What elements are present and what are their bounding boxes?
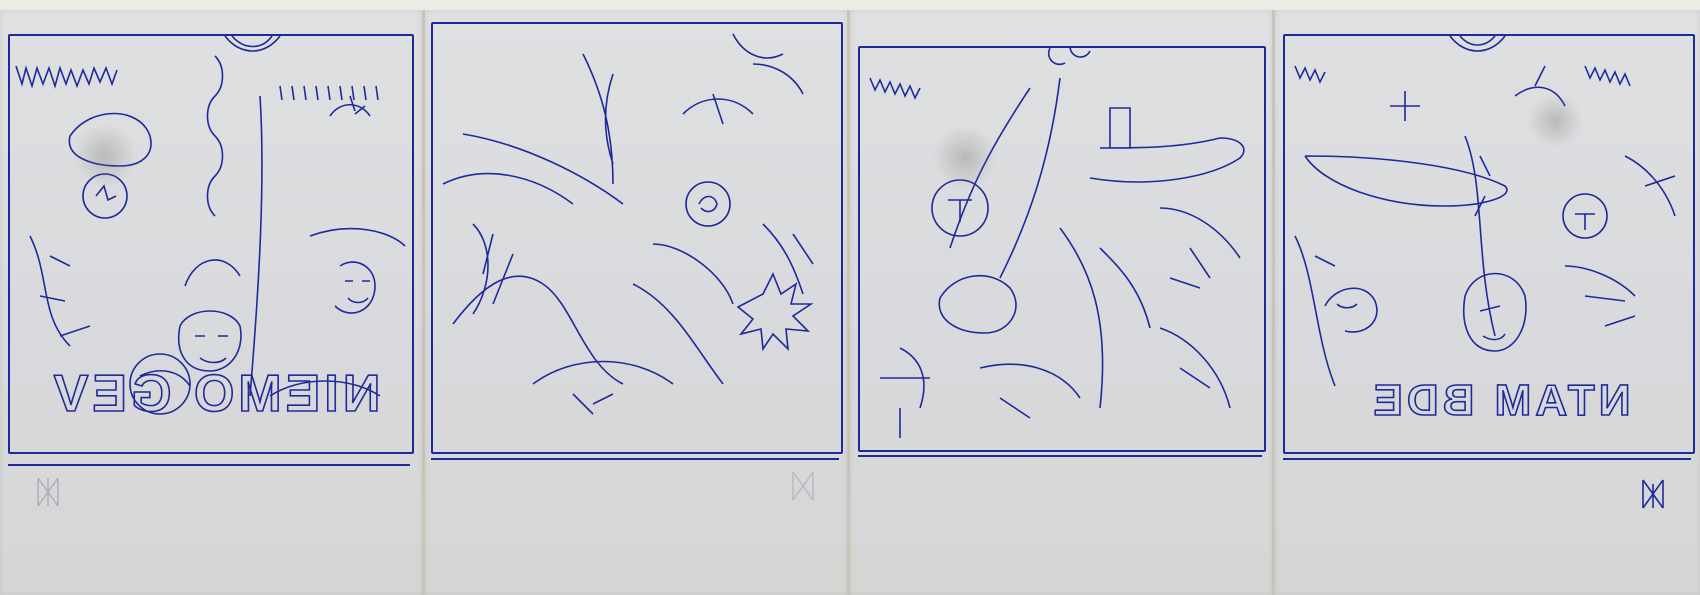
monogram-icon [1640,478,1666,510]
panel-underline [1283,458,1691,460]
smudge [1525,96,1585,146]
monogram-icon [35,476,61,508]
mirrored-lettering: NTAM BDE [1325,376,1675,426]
sketch-panel-1: NIEMO GEV [8,34,414,454]
smudge [930,128,1000,188]
panel-underline [858,455,1262,457]
sketch-lines [433,24,841,452]
sketch-panel-4: NTAM BDE [1283,34,1695,454]
sketch-lines [860,48,1264,450]
panel-underline [431,458,839,460]
panel-underline [8,464,410,466]
monogram-icon [790,470,816,502]
sketch-panel-2 [431,22,843,454]
mirrored-lettering: NIEMO GEV [30,364,400,424]
smudge [70,126,140,186]
sketch-panel-3 [858,46,1266,452]
